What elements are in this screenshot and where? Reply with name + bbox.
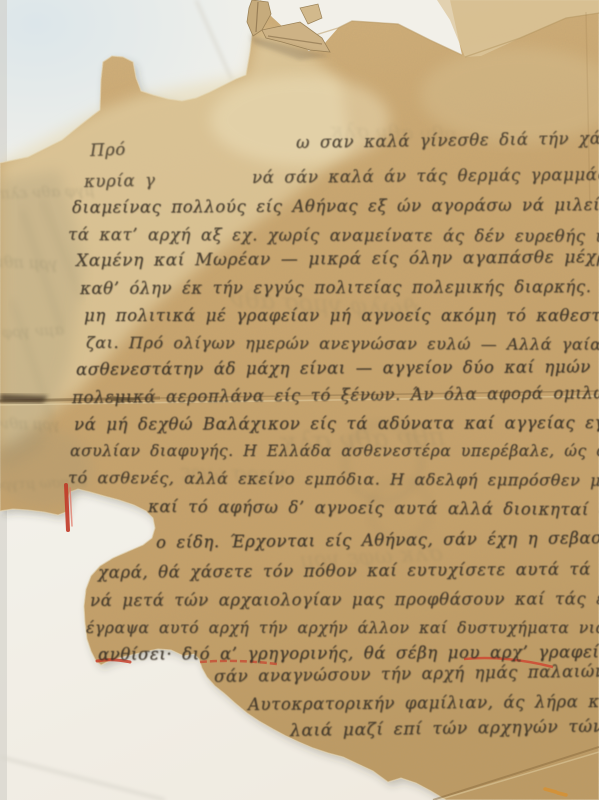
handwritten-line: Αυτοκρατορικήν φαμίλιαν, άς λήρα καί καλ… xyxy=(248,691,599,714)
letter-scan: μγφ αθν ελπ γρμ πθν αμν γρφ γρμ πθν ελπσ… xyxy=(0,0,599,800)
handwritten-line: ανθίσει· διό α’ γρηγορινής, θά σέβη μου … xyxy=(98,642,599,664)
backing-crease-bottom xyxy=(0,757,165,800)
handwritten-line: νά σάν καλά άν τάς θερμάς γραμμάς xyxy=(252,165,599,187)
handwritten-line: χαρά, θά χάσετε τόν πόθον καί ευτυχίσετε… xyxy=(98,559,599,582)
handwritten-line: νά μή δεχθώ Βαλάχικον είς τά αδύνατα καί… xyxy=(74,413,599,434)
handwritten-line: ζαι. Πρό ολίγων ημερών ανεγνώσαν ευλώ — … xyxy=(86,333,599,354)
handwritten-line: κυρία γ xyxy=(84,171,156,191)
red-vertical-mark xyxy=(66,485,68,530)
handwritten-line: τό ασθενές, αλλά εκείνο εμπόδια. Η αδελφ… xyxy=(68,468,599,490)
handwritten-line: έγραψα αυτό αρχή τήν αρχήν άλλον καί δυσ… xyxy=(86,619,599,637)
handwritten-line: τά κατ’ αρχή αξ εχ. χωρίς αναμείνατε άς … xyxy=(68,225,599,246)
handwritten-line: Πρό xyxy=(90,140,126,160)
handwritten-line: ασθενεστάτην άδ μάχη είναι — αγγείον δύο… xyxy=(76,357,599,379)
handwritten-line: νά μετά τών αρχαιολογίαν μας προφθάσουν … xyxy=(90,589,599,610)
handwritten-line: λαιά μαζί επί τών αρχηγών τών — xyxy=(290,716,599,741)
handwritten-line: μη πολιτικά μέ γραφείαν μή αγνοείς ακόμη… xyxy=(84,306,599,325)
handwritten-line: διαμείνας πολλούς είς Αθήνας εξ ών αγορά… xyxy=(72,195,599,217)
backing-crease-top xyxy=(196,0,232,80)
handwritten-line: καθ’ όλην έκ τήν εγγύς πολιτείας πολεμικ… xyxy=(80,277,599,298)
handwritten-line: ασυλίαν διαφυγής. Η Ελλάδα ασθενεστέρα υ… xyxy=(70,442,599,460)
handwritten-line: ω σαν καλά γίνεσθε διά τήν χάριν τοῦ xyxy=(296,128,599,152)
handwritten-line: καί τό αφήσω δ’ αγνοείς αυτά αλλά διοικη… xyxy=(148,497,599,520)
handwritten-line: Χαμένη καί Μωρέαν — μικρά είς όλην αγαπά… xyxy=(76,247,599,271)
